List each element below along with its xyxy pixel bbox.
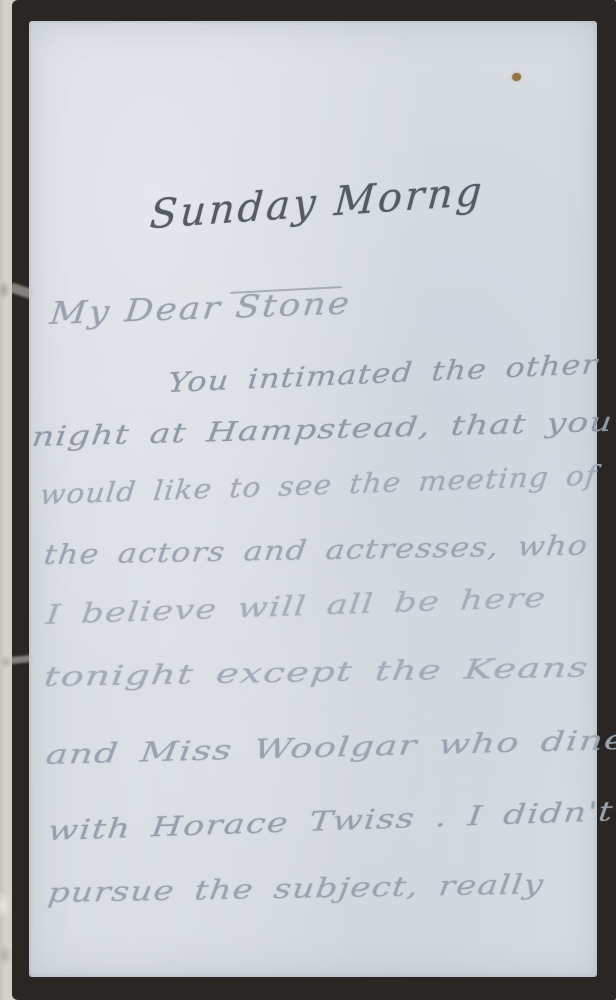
foxing-spot [512,73,521,81]
letter-photograph: Sunday Morng My Dear Stone You intimated… [0,0,616,1000]
